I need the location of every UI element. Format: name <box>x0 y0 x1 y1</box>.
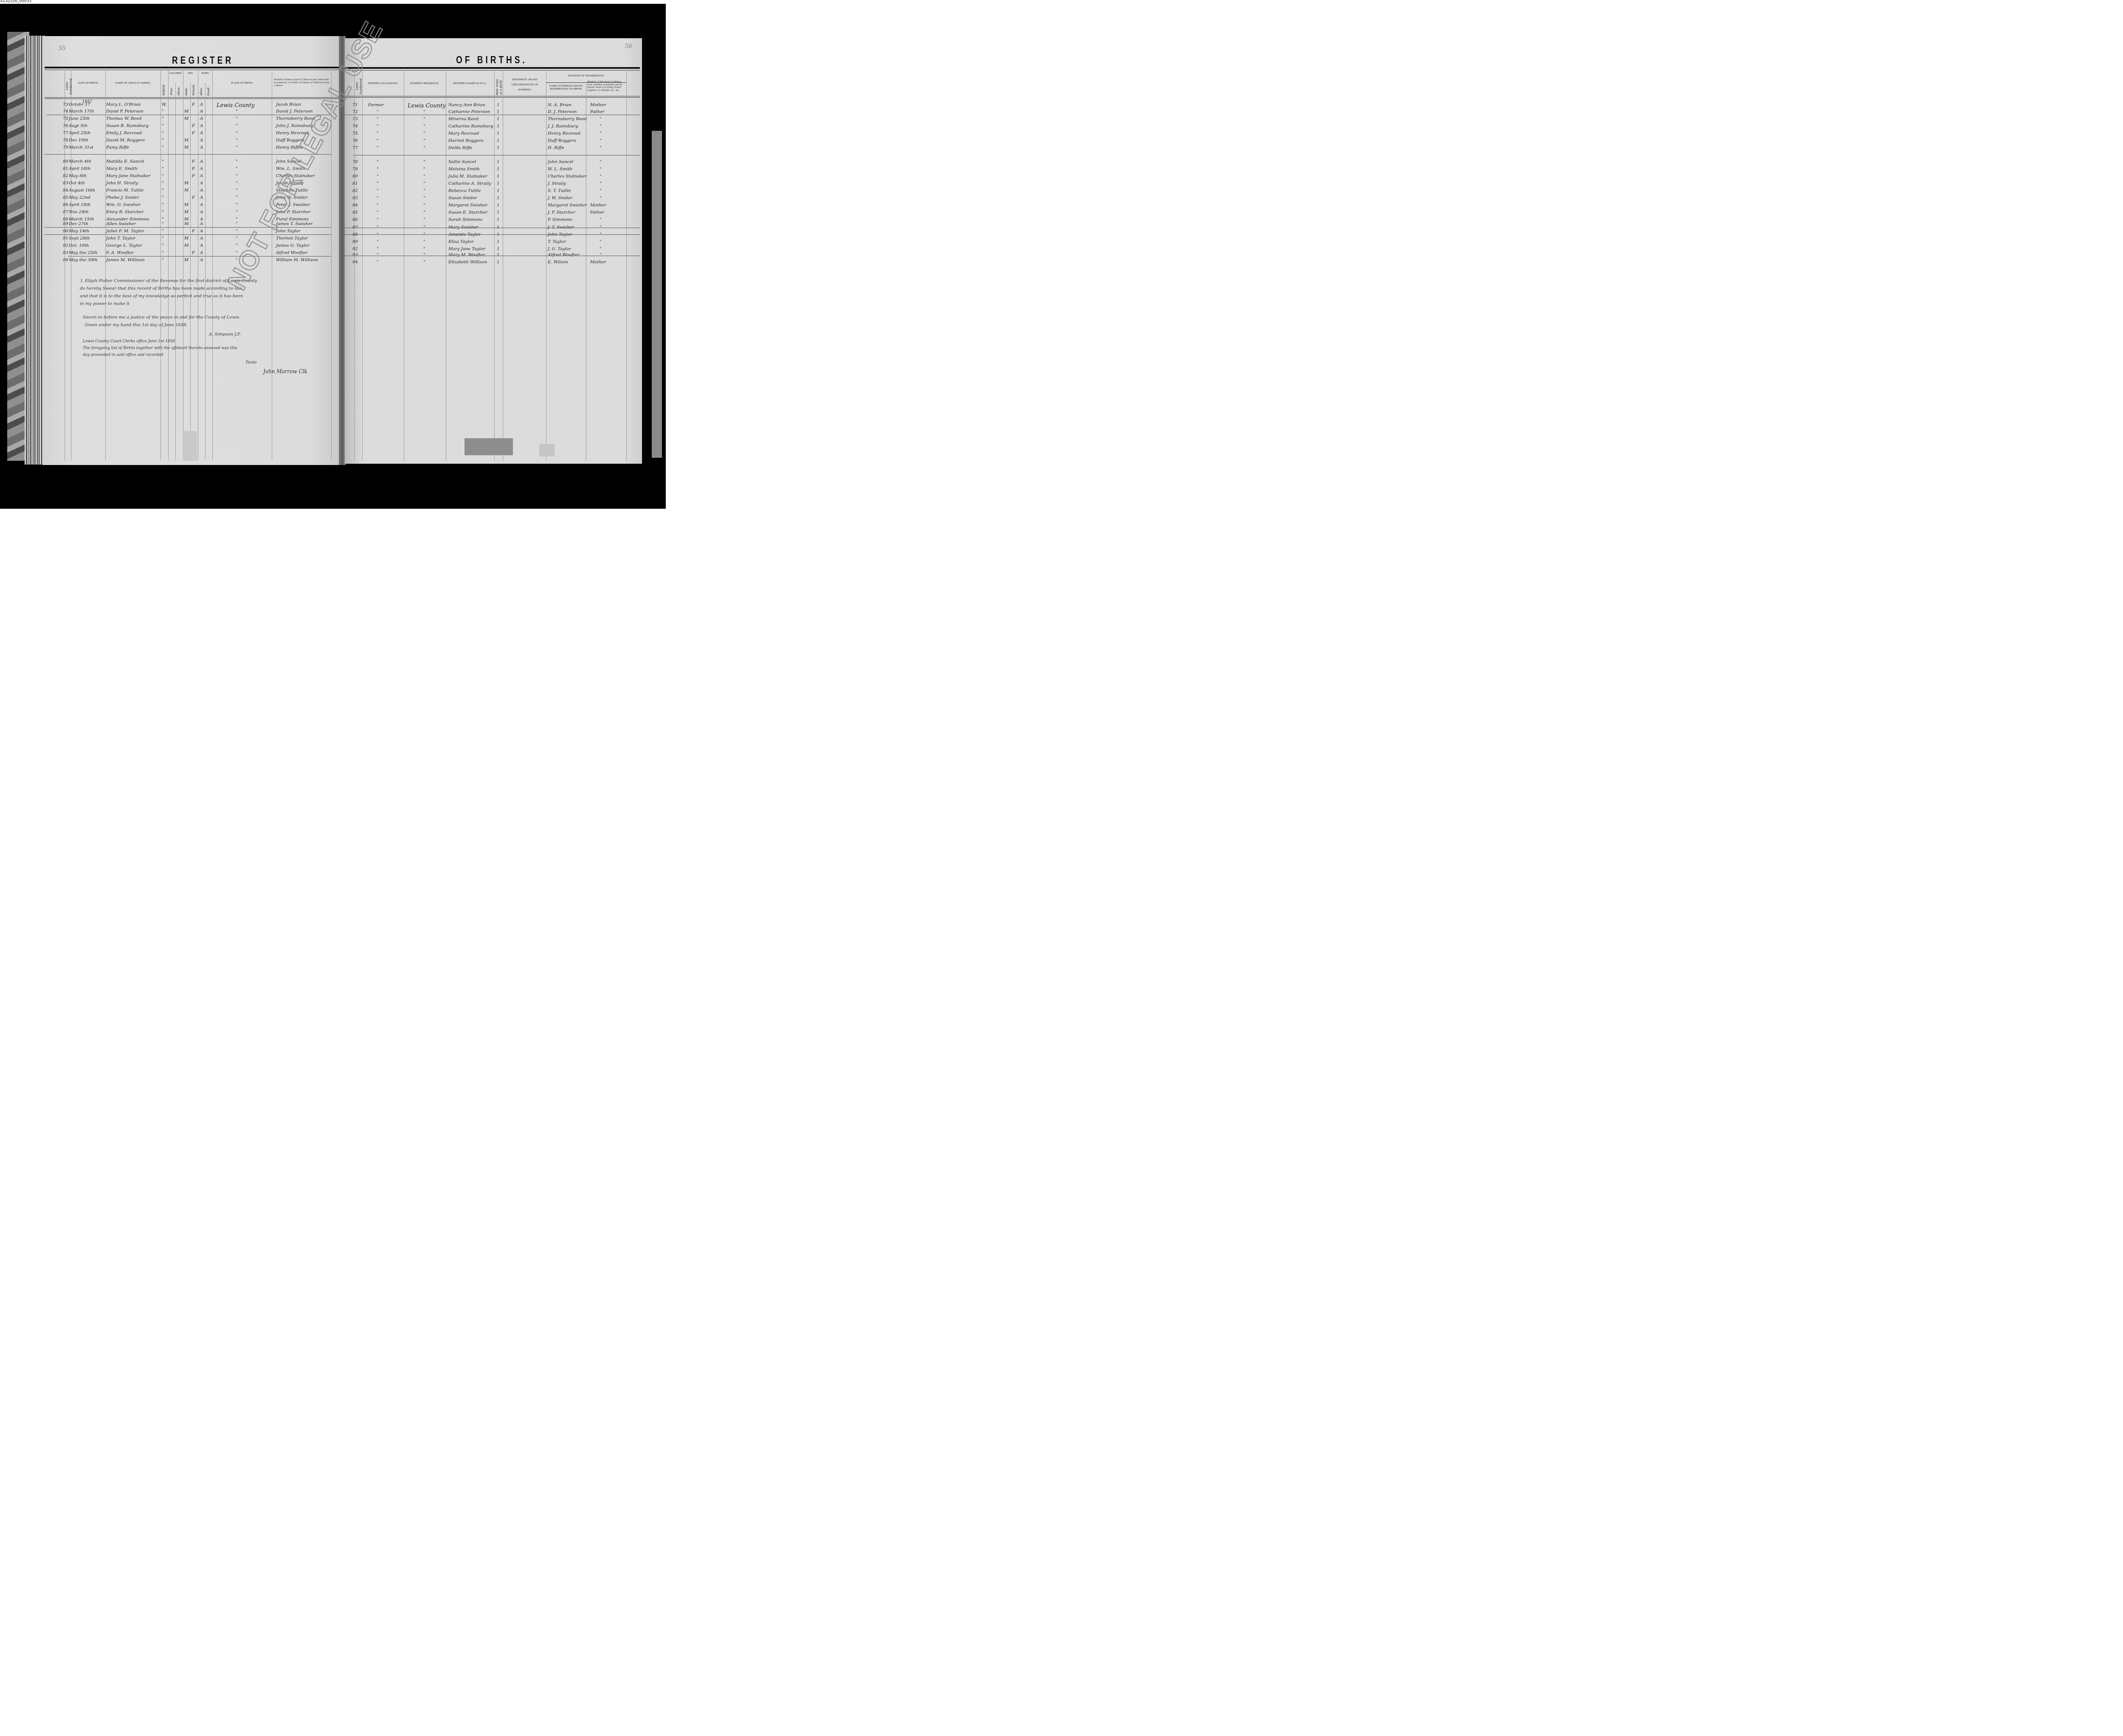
born-status: A <box>200 131 203 135</box>
mothers-name: Sallie Sancel <box>448 160 476 164</box>
born-status: A <box>200 203 203 207</box>
header-sex: SEX. <box>184 72 197 75</box>
right-page-title: OF BIRTHS. <box>456 55 527 67</box>
header-born: BORN. <box>199 72 212 75</box>
tape-mark <box>183 431 197 461</box>
fathers-residence: " <box>423 124 425 129</box>
white-mark: " <box>162 258 164 262</box>
table-row: 92Oct. 10thGeorge L. Taylor"MA"James G. … <box>42 243 340 251</box>
birth-count: 1 <box>497 138 499 143</box>
row-rule <box>68 256 331 256</box>
sex: F <box>192 124 195 128</box>
mothers-name: Catharine A. Straily <box>448 181 491 186</box>
table-row: 89""Eliza Taylor1T. Taylor" <box>345 240 642 247</box>
place-of-birth: " <box>236 166 238 171</box>
place-of-birth: " <box>236 124 238 128</box>
informant-relation: Mother <box>590 260 606 265</box>
row-number: 80 <box>63 159 68 164</box>
right-page: 56 OF BIRTHS. Lines Numbered. FATHER'S O… <box>345 38 642 464</box>
header-rule-bottom <box>45 97 340 98</box>
fathers-residence: " <box>423 260 425 265</box>
mothers-name: Delila Riffe <box>448 146 472 150</box>
mothers-name: Harriet Roggers <box>448 138 484 143</box>
table-row: 77""Delila Riffe1H. Riffe" <box>345 146 642 153</box>
table-row: 85""Susan E. Starcher1J. P. StarcherFath… <box>345 210 642 217</box>
teste-label: Teste <box>245 359 257 366</box>
header-how-many: How many at a Birth. <box>496 79 503 96</box>
mothers-name: Mary Rexroad <box>448 131 479 136</box>
born-status: A <box>200 116 203 121</box>
row-number: 75 <box>352 131 358 136</box>
place-of-birth: " <box>236 181 238 186</box>
sex: M <box>184 109 189 114</box>
mothers-name: Elizabeth Willison <box>448 260 487 265</box>
sex: M <box>184 243 189 248</box>
date-of-birth: August 16th <box>69 188 95 193</box>
date-of-birth: Dec 19th <box>69 138 88 143</box>
born-status: A <box>200 166 203 171</box>
table-row: 76Augt 5thSusan B. Ramsburg"FA"John J. R… <box>42 124 340 131</box>
child-name: Mary E. Smith <box>106 166 137 171</box>
place-of-birth: " <box>236 109 238 114</box>
sex: M <box>184 210 189 214</box>
header-rule-top <box>45 70 340 70</box>
place-of-birth: " <box>236 116 238 121</box>
birth-count: 1 <box>497 146 499 150</box>
date-of-birth: April 16th <box>69 166 90 171</box>
born-status: A <box>200 145 203 150</box>
header-colored: COLORED. <box>169 72 183 75</box>
header-deformity: DEFORMITY OR ANY CIRCUMSTANCES OF INTERE… <box>505 77 544 93</box>
header-sources: SOURCES OF INFORMATION. <box>547 75 625 78</box>
informant-name: T. Taylor <box>548 240 566 244</box>
fathers-residence: Lewis County <box>408 103 446 109</box>
white-mark: " <box>162 174 164 178</box>
white-mark: " <box>162 124 164 128</box>
place-of-birth: " <box>236 174 238 178</box>
table-row: 79""Melvina Smith1W. L. Smith" <box>345 167 642 174</box>
birth-count: 1 <box>497 110 499 114</box>
header-alive: Alive. <box>200 87 203 96</box>
white-mark: " <box>162 251 164 255</box>
fathers-occupation: " <box>377 117 379 121</box>
header-date-of-birth: DATE OF BIRTH. <box>72 82 104 85</box>
sex: F <box>192 159 195 164</box>
table-row: 81""Catharine A. Straily1J. Straily" <box>345 181 642 189</box>
child-name: Francis M. Tuttle <box>106 188 144 193</box>
mothers-name: Susan E. Starcher <box>448 210 487 215</box>
place-of-birth: " <box>236 145 238 150</box>
father-name: Jacob Brian <box>276 102 301 107</box>
white-mark: " <box>162 236 164 241</box>
informant-name: H. Riffe <box>548 146 564 150</box>
informant-name: J. P. Starcher <box>548 210 575 215</box>
birth-count: 1 <box>497 210 499 215</box>
sex: F <box>192 131 195 135</box>
white-mark: " <box>162 222 164 226</box>
father-name: Thorton Taylor <box>276 236 308 241</box>
header-mothers-name: MOTHER'S NAME IN FULL. <box>447 82 493 85</box>
mothers-name: Julia M. Stalnaker <box>448 174 487 179</box>
date-of-birth: Oct 4th <box>69 181 85 186</box>
table-row: 76""Harriet Roggers1Duff Roggers" <box>345 138 642 146</box>
sworn-line-2: Given under my hand this 1st day of June… <box>85 321 188 329</box>
birth-count: 1 <box>497 174 499 179</box>
row-number: 84 <box>63 188 68 193</box>
place-of-birth: " <box>236 203 238 207</box>
place-of-birth: " <box>236 131 238 135</box>
fathers-occupation: " <box>377 247 379 251</box>
place-of-birth: " <box>236 210 238 214</box>
table-row: 74March 17thDavid P. Peterson"MA"David J… <box>42 109 340 116</box>
informant-name: Duff Roggers <box>548 138 576 143</box>
cover-right-edge <box>652 131 662 458</box>
mothers-name: Margaret Swisher <box>448 203 487 208</box>
born-status: A <box>200 236 203 241</box>
row-number: 78 <box>63 138 68 143</box>
sex: F <box>192 174 195 178</box>
fathers-occupation: " <box>377 240 379 244</box>
child-name: Alexander Simmons <box>106 217 149 222</box>
place-of-birth: " <box>236 188 238 193</box>
fathers-residence: " <box>423 240 425 244</box>
header-father-name: Father's Name in full if Child be free a… <box>274 79 330 87</box>
fathers-residence: " <box>423 247 425 251</box>
header-slave: Slave. <box>177 87 181 96</box>
father-name: William M. Willison <box>276 258 318 262</box>
sex: M <box>184 222 189 226</box>
fathers-residence: " <box>423 146 425 150</box>
child-name: Pamy Riffe <box>106 145 129 150</box>
row-number: 81 <box>63 166 68 171</box>
informant-relation: " <box>600 174 602 179</box>
table-row: 91Sept 28thJohn T. Taylor"MA"Thorton Tay… <box>42 236 340 243</box>
birth-count: 1 <box>497 124 499 129</box>
table-row: 94""Elizabeth Willison1E. WilsonMother <box>345 260 642 267</box>
white-mark: " <box>162 138 164 143</box>
row-rule <box>345 228 640 228</box>
informant-relation: Mother <box>590 103 606 107</box>
mothers-name: Catharine Ramsburg <box>448 124 493 129</box>
file-label: 4132550_00035 <box>0 0 31 3</box>
table-row: 74""Catharine Ramsburg1J. J. Ramsburg" <box>345 124 642 131</box>
row-number: 94 <box>63 258 68 262</box>
header-female: Female. <box>192 85 196 96</box>
sworn-line-1: Sworn to before me a justice of the peac… <box>83 314 241 321</box>
born-status: A <box>200 229 203 234</box>
born-status: A <box>200 243 203 248</box>
mothers-name: Nancy Ann Brian <box>448 103 485 107</box>
row-number: 73 <box>63 102 68 107</box>
header-rule-bottom-2 <box>345 97 640 98</box>
born-status: A <box>200 195 203 200</box>
fathers-occupation: " <box>377 174 379 179</box>
informant-name: J. W. Snider <box>548 196 572 200</box>
fathers-occupation: " <box>377 253 379 257</box>
child-name: Allen Swisher <box>106 222 136 226</box>
white-mark: " <box>162 181 164 186</box>
fathers-occupation: " <box>377 189 379 193</box>
date-of-birth: March 31st <box>69 145 93 150</box>
row-number: 88 <box>63 217 68 222</box>
birth-count: 1 <box>497 260 499 265</box>
fathers-occupation: " <box>377 146 379 150</box>
date-of-birth: May 14th <box>69 229 89 234</box>
date-of-birth: Oct. 10th <box>69 243 89 248</box>
row-number: 77 <box>63 131 68 135</box>
birth-count: 1 <box>497 103 499 107</box>
date-of-birth: Sept 28th <box>69 236 90 241</box>
informant-relation: " <box>600 253 602 257</box>
mothers-name: Melvina Smith <box>448 167 480 172</box>
fathers-occupation: " <box>377 181 379 186</box>
date-of-birth: March 17th <box>69 109 94 114</box>
date-of-birth: Dec 27th <box>69 222 88 226</box>
row-number: 76 <box>63 124 68 128</box>
born-status: A <box>200 210 203 214</box>
header-band-top <box>45 67 340 68</box>
child-name: F. A. Woofter <box>106 251 134 255</box>
white-mark: W. <box>162 102 167 107</box>
white-mark: " <box>162 145 164 150</box>
born-status: A <box>200 217 203 222</box>
place-of-birth: Lewis County <box>217 102 255 109</box>
row-number: 87 <box>63 210 68 214</box>
sex: M <box>184 181 189 186</box>
mothers-name: Catharine Peterson <box>448 110 490 114</box>
sex: F <box>192 251 195 255</box>
white-mark: " <box>162 210 164 214</box>
table-row: 73""Minerva Reed1Thornsberry Reed" <box>345 117 642 124</box>
table-row: 93May the 25thF. A. Woofter"FA"Alfred Wo… <box>42 251 340 258</box>
sex: M <box>184 236 189 241</box>
mothers-name: Susan Snider <box>448 196 477 200</box>
affidavit-line-2: do hereby Swear that this record of Birt… <box>80 285 242 292</box>
informant-name: P. Simmons <box>548 217 572 222</box>
informant-relation: " <box>600 181 602 186</box>
informant-name: J. Straily <box>548 181 566 186</box>
informant-relation: Father <box>590 110 604 114</box>
header-white: WHITE. <box>162 85 166 96</box>
date-of-birth: Octobr 17 <box>69 102 90 107</box>
table-row: 75June 25thThomas W. Reed"MA"Thornsberry… <box>42 116 340 124</box>
child-name: David P. Peterson <box>106 109 144 114</box>
row-number: 84 <box>352 203 358 208</box>
father-name: Alfred Woofter <box>276 251 307 255</box>
child-name: Phebe J. Snider <box>106 195 139 200</box>
date-of-birth: April 25th <box>69 131 90 135</box>
fathers-occupation: " <box>377 138 379 143</box>
child-name: Emily J. Rexroad <box>106 131 142 135</box>
birth-count: 1 <box>497 117 499 121</box>
header-name-of-child: NAME OF CHILD IF NAMED. <box>106 82 160 85</box>
row-rule <box>47 115 331 115</box>
header-rule-bottom <box>345 96 640 96</box>
birth-count: 1 <box>497 240 499 244</box>
sex: F <box>192 102 195 107</box>
row-number: 89 <box>63 222 68 226</box>
row-number: 74 <box>352 124 358 129</box>
row-rule <box>45 234 331 235</box>
child-name: Wm. O. Swisher <box>106 203 141 207</box>
fathers-residence: " <box>423 253 425 257</box>
sex: M <box>184 138 189 143</box>
page-edges-stack <box>25 36 45 465</box>
table-row: 93""Mary M. Woofter1Alfred Woofter" <box>345 253 642 260</box>
white-mark: " <box>162 217 164 222</box>
header-rule-bottom-2 <box>45 99 340 99</box>
mothers-name: Mary M. Woofter <box>448 253 485 257</box>
informant-relation: Father <box>590 210 604 215</box>
fathers-residence: " <box>423 110 425 114</box>
father-name: James G. Taylor <box>276 243 310 248</box>
row-rule <box>353 155 640 155</box>
row-number: 72 <box>352 110 358 114</box>
fathers-occupation: " <box>377 217 379 222</box>
table-row: 86""Sarah Simmons1P. Simmons" <box>345 217 642 225</box>
child-name: Matilda E. Sancel <box>106 159 144 164</box>
table-row: 90May 14thJuliet F. M. Taylor"FA"John Ta… <box>42 229 340 236</box>
born-status: A <box>200 159 203 164</box>
child-name: Emry B. Starcher <box>106 210 144 214</box>
informant-relation: " <box>600 146 602 150</box>
informant-name: S. T. Tuttle <box>548 189 571 193</box>
row-number: 82 <box>352 189 358 193</box>
row-number: 82 <box>63 174 68 178</box>
place-of-birth: " <box>236 138 238 143</box>
birth-count: 1 <box>497 160 499 164</box>
sex: M <box>184 116 189 121</box>
sex: F <box>192 229 195 234</box>
row-number: 77 <box>352 146 358 150</box>
date-of-birth: April 18th <box>69 203 90 207</box>
born-status: A <box>200 181 203 186</box>
header-place-of-birth: PLACE OF BIRTH. <box>214 82 270 85</box>
table-row: 73Octobr 17Mary L. O'BrianW.FALewis Coun… <box>42 102 340 110</box>
child-name: Juliet F. M. Taylor <box>106 229 144 234</box>
fathers-residence: " <box>423 167 425 172</box>
tape-mark <box>465 438 513 455</box>
table-row: 71FarmerLewis CountyNancy Ann Brian1N. A… <box>345 103 642 110</box>
birth-count: 1 <box>497 167 499 172</box>
row-rule <box>345 115 640 115</box>
mothers-name: Minerva Reed <box>448 117 479 121</box>
row-number: 85 <box>63 195 68 200</box>
mothers-name: Eliza Taylor <box>448 240 474 244</box>
row-rule <box>345 256 640 256</box>
table-row: 82""Rebecca Tuttle1S. T. Tuttle" <box>345 189 642 196</box>
informant-relation: " <box>600 247 602 251</box>
place-of-birth: " <box>236 159 238 164</box>
header-informant-name: NAME OF PERSON GIVING INFORMATION OF BIR… <box>547 85 585 91</box>
fathers-occupation: " <box>377 260 379 265</box>
row-number: 92 <box>63 243 68 248</box>
place-of-birth: " <box>236 236 238 241</box>
fathers-residence: " <box>423 210 425 215</box>
row-number: 89 <box>352 240 358 244</box>
place-of-birth: " <box>236 195 238 200</box>
fathers-residence: " <box>423 217 425 222</box>
fathers-occupation: " <box>377 160 379 164</box>
fathers-residence: " <box>423 189 425 193</box>
informant-relation: " <box>600 217 602 222</box>
white-mark: " <box>162 131 164 135</box>
row-number: 83 <box>352 196 358 200</box>
table-row: 84""Margaret Swisher1Margaret SwisherMot… <box>345 203 642 210</box>
row-number: 83 <box>63 181 68 186</box>
date-of-birth: Nov 24th <box>69 210 89 214</box>
row-number: 86 <box>63 203 68 207</box>
clerk-signature: John Morrow Clk <box>263 368 307 375</box>
row-number: 75 <box>63 116 68 121</box>
white-mark: " <box>162 195 164 200</box>
table-row: 72""Catharine Peterson1D. J. PetersonFat… <box>345 110 642 117</box>
fathers-residence: " <box>423 203 425 208</box>
born-status: A <box>200 102 203 107</box>
row-number: 79 <box>63 145 68 150</box>
informant-name: Margaret Swisher <box>548 203 587 208</box>
born-status: A <box>200 188 203 193</box>
white-mark: " <box>162 159 164 164</box>
table-row: 87Nov 24thEmry B. Starcher"MA"John P. St… <box>42 210 340 217</box>
sex: F <box>192 166 195 171</box>
birth-count: 1 <box>497 196 499 200</box>
row-number: 73 <box>352 117 358 121</box>
date-of-birth: March 15th <box>69 217 94 222</box>
row-rule <box>45 227 331 228</box>
header-rule-top <box>345 70 640 70</box>
table-row: 94May the 30thJames M. Willison"MA"Willi… <box>42 258 340 265</box>
child-name: George L. Taylor <box>106 243 142 248</box>
sex: M <box>184 145 189 150</box>
birth-count: 1 <box>497 189 499 193</box>
fathers-residence: " <box>423 131 425 136</box>
header-dead: Dead. <box>207 87 211 96</box>
table-row: 87""Mary Swisher1J. T. Swisher" <box>345 225 642 232</box>
fathers-residence: " <box>423 181 425 186</box>
place-of-birth: " <box>236 222 238 226</box>
mothers-name: Mary Jane Taylor <box>448 247 485 251</box>
child-name: Thomas W. Reed <box>106 116 142 121</box>
clerk-note-line-1: Lewis County Court Clerks office June 1s… <box>83 338 176 345</box>
row-number: 80 <box>352 174 358 179</box>
fathers-residence: " <box>423 138 425 143</box>
row-number: 86 <box>352 217 358 222</box>
informant-name: John Sancel <box>548 160 573 164</box>
row-number: 85 <box>352 210 358 215</box>
header-band-top <box>345 67 640 69</box>
informant-name: Alfred Woofter <box>548 253 579 257</box>
row-number: 90 <box>63 229 68 234</box>
left-page: 55 REGISTER Lines Numbered. DATE OF BIRT… <box>42 36 340 465</box>
row-number: 93 <box>352 253 358 257</box>
fathers-occupation: " <box>377 210 379 215</box>
birth-count: 1 <box>497 131 499 136</box>
tape-mark <box>539 444 555 457</box>
affidavit-line-3: and that it is to the best of my knowled… <box>80 293 243 300</box>
informant-name: N. A. Brian <box>548 103 572 107</box>
informant-relation: " <box>600 189 602 193</box>
informant-name: Henry Rexroad <box>548 131 580 136</box>
birth-count: 1 <box>497 253 499 257</box>
informant-relation: " <box>600 138 602 143</box>
white-mark: " <box>162 203 164 207</box>
place-of-birth: " <box>236 243 238 248</box>
fathers-occupation: " <box>377 196 379 200</box>
table-row: 89Dec 27thAllen Swisher"MA"James T. Swis… <box>42 222 340 229</box>
row-rule <box>345 234 640 235</box>
white-mark: " <box>162 243 164 248</box>
